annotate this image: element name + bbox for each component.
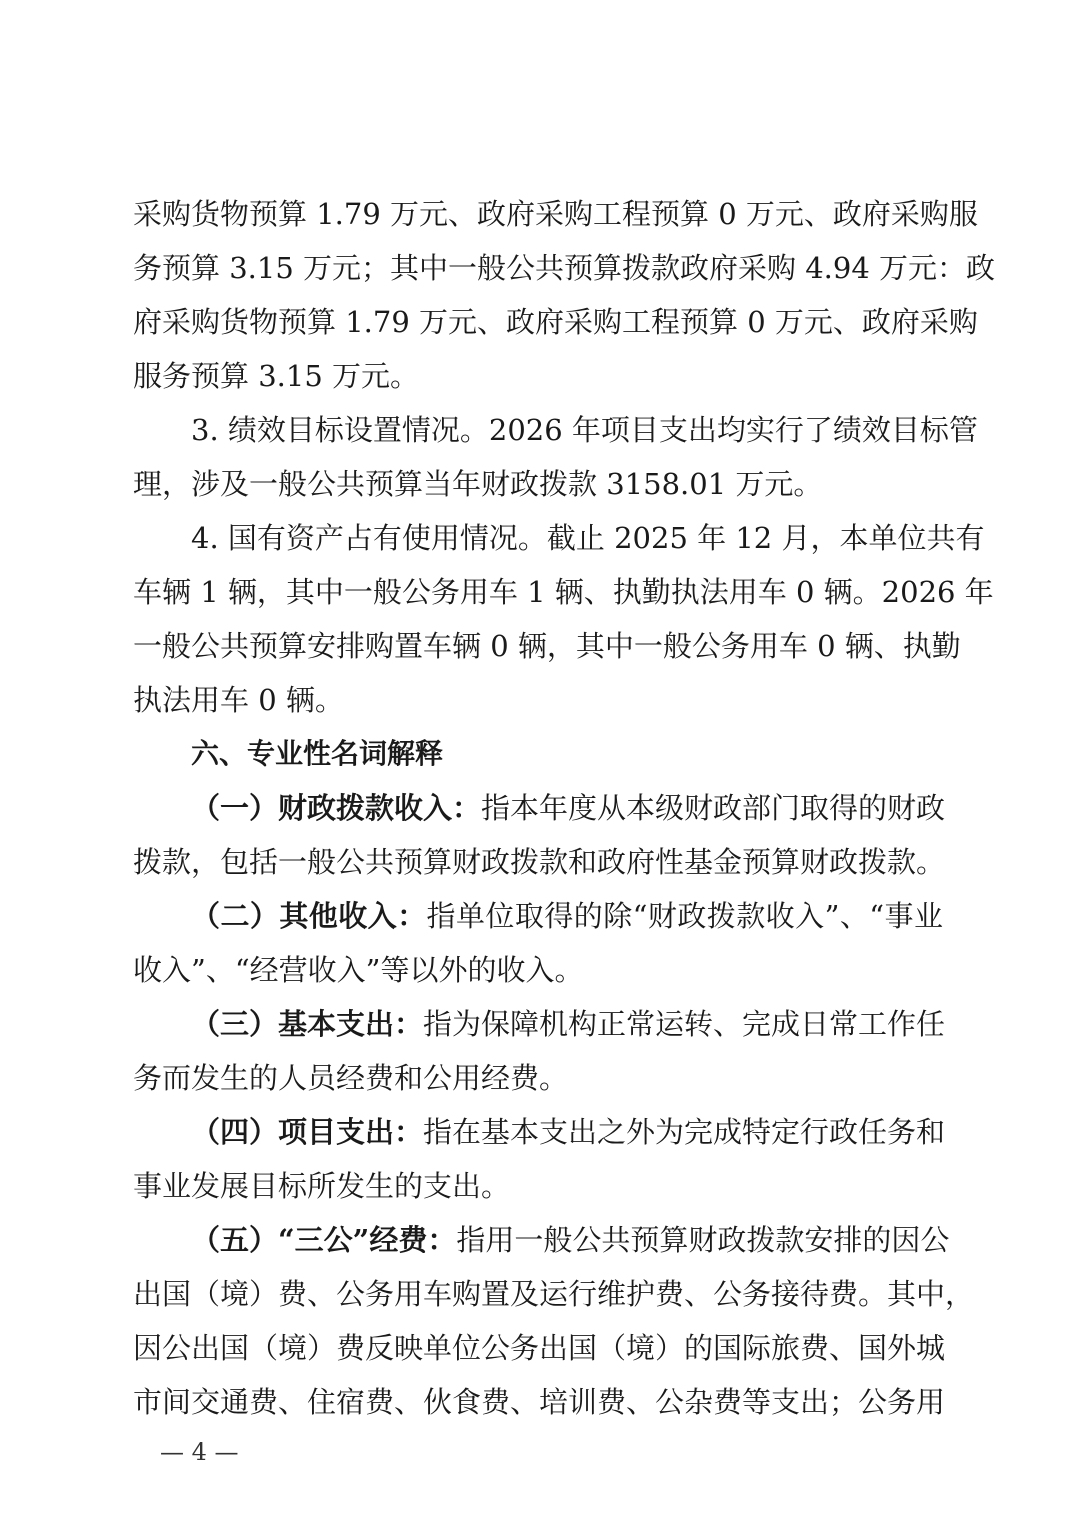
text-line: 车辆 1 辆，其中一般公务用车 1 辆、执勤执法用车 0 辆。2026 年 bbox=[133, 565, 943, 619]
paragraph-state-assets: 4. 国有资产占有使用情况。截止 2025 年 12 月，本单位共有 车辆 1 … bbox=[133, 511, 943, 727]
definition-basic-expenditure: （三）基本支出：指为保障机构正常运转、完成日常工作任 务而发生的人员经费和公用经… bbox=[133, 997, 943, 1105]
text-line: 采购货物预算 1.79 万元、政府采购工程预算 0 万元、政府采购服 bbox=[133, 187, 943, 241]
definition-text: 指单位取得的除“财政拨款收入”、“事业 bbox=[427, 899, 943, 933]
definition-other-income: （二）其他收入：指单位取得的除“财政拨款收入”、“事业 收入”、“经营收入”等以… bbox=[133, 889, 943, 997]
text-line: 市间交通费、住宿费、伙食费、培训费、公杂费等支出；公务用 bbox=[133, 1375, 943, 1429]
definition-fiscal-appropriation-income: （一）财政拨款收入：指本年度从本级财政部门取得的财政 拨款，包括一般公共预算财政… bbox=[133, 781, 943, 889]
document-page: 采购货物预算 1.79 万元、政府采购工程预算 0 万元、政府采购服 务预算 3… bbox=[133, 187, 943, 1429]
text-line: 4. 国有资产占有使用情况。截止 2025 年 12 月，本单位共有 bbox=[133, 511, 943, 565]
paragraph-performance-targets: 3. 绩效目标设置情况。2026 年项目支出均实行了绩效目标管 理，涉及一般公共… bbox=[133, 403, 943, 511]
text-line: 因公出国（境）费反映单位公务出国（境）的国际旅费、国外城 bbox=[133, 1321, 943, 1375]
definition-project-expenditure: （四）项目支出：指在基本支出之外为完成特定行政任务和 事业发展目标所发生的支出。 bbox=[133, 1105, 943, 1213]
section-heading: 六、专业性名词解释 bbox=[133, 727, 943, 781]
text-line: 府采购货物预算 1.79 万元、政府采购工程预算 0 万元、政府采购 bbox=[133, 295, 943, 349]
definition-term: （三）基本支出： bbox=[191, 1007, 423, 1041]
text-line: 收入”、“经营收入”等以外的收入。 bbox=[133, 943, 943, 997]
text-line: 执法用车 0 辆。 bbox=[133, 673, 943, 727]
paragraph-procurement: 采购货物预算 1.79 万元、政府采购工程预算 0 万元、政府采购服 务预算 3… bbox=[133, 187, 943, 403]
definition-text: 指本年度从本级财政部门取得的财政 bbox=[481, 791, 945, 825]
text-line: 3. 绩效目标设置情况。2026 年项目支出均实行了绩效目标管 bbox=[133, 403, 943, 457]
definition-text: 指用一般公共预算财政拨款安排的因公 bbox=[456, 1223, 949, 1257]
definition-text: 指为保障机构正常运转、完成日常工作任 bbox=[423, 1007, 945, 1041]
definition-term: （四）项目支出： bbox=[191, 1115, 423, 1149]
definition-term: （二）其他收入： bbox=[191, 899, 427, 933]
text-line: 务而发生的人员经费和公用经费。 bbox=[133, 1051, 943, 1105]
text-line: 拨款，包括一般公共预算财政拨款和政府性基金预算财政拨款。 bbox=[133, 835, 943, 889]
definition-three-public-expenses: （五）“三公”经费：指用一般公共预算财政拨款安排的因公 出国（境）费、公务用车购… bbox=[133, 1213, 943, 1429]
page-number: — 4 — bbox=[160, 1438, 239, 1466]
text-line: 一般公共预算安排购置车辆 0 辆，其中一般公务用车 0 辆、执勤 bbox=[133, 619, 943, 673]
definition-term: （一）财政拨款收入： bbox=[191, 791, 481, 825]
text-line: 服务预算 3.15 万元。 bbox=[133, 349, 943, 403]
definition-text: 指在基本支出之外为完成特定行政任务和 bbox=[423, 1115, 945, 1149]
text-line: 出国（境）费、公务用车购置及运行维护费、公务接待费。其中， bbox=[133, 1267, 943, 1321]
text-line: 理，涉及一般公共预算当年财政拨款 3158.01 万元。 bbox=[133, 457, 943, 511]
definition-term: （五）“三公”经费： bbox=[191, 1223, 456, 1257]
text-line: 事业发展目标所发生的支出。 bbox=[133, 1159, 943, 1213]
text-line: 务预算 3.15 万元；其中一般公共预算拨款政府采购 4.94 万元：政 bbox=[133, 241, 943, 295]
